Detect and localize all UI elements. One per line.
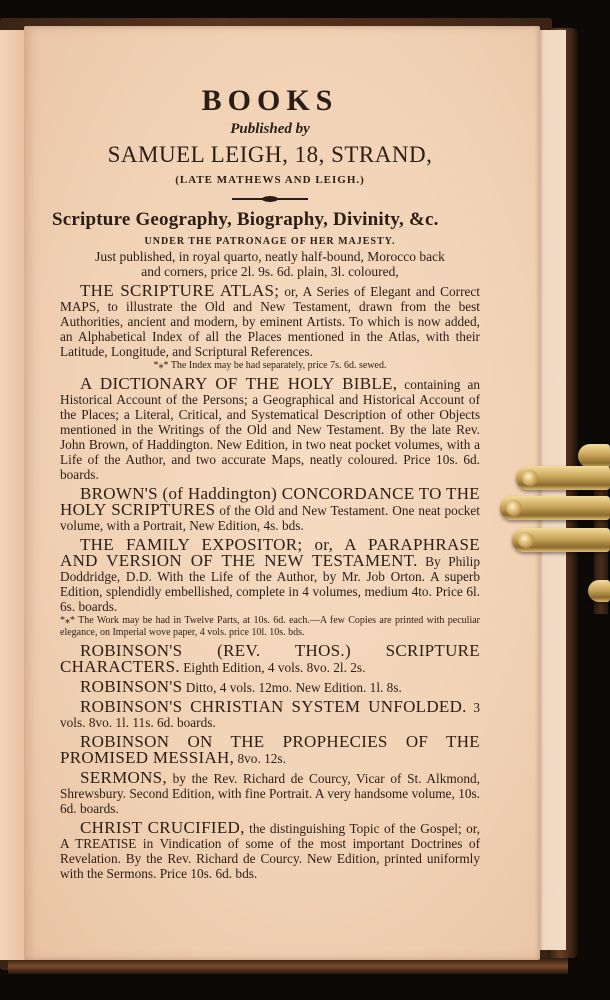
entry-body: Eighth Edition, 4 vols. 8vo. 2l. 2s. [180, 660, 365, 675]
cover-bottom-edge [8, 958, 568, 974]
entry-heading: CHRIST CRUCIFIED, [80, 818, 245, 837]
section-heading: Scripture Geography, Biography, Divinity… [52, 208, 480, 232]
facing-page-edge [0, 30, 26, 960]
book-entry-christian-system: ROBINSON'S CHRISTIAN SYSTEM UNFOLDED. 3 … [60, 699, 480, 730]
ornamental-rule [232, 198, 308, 200]
book-photo: BOOKS Published by SAMUEL LEIGH, 18, STR… [0, 0, 610, 1000]
clasp-finger [500, 496, 610, 520]
book-entry-scripture-atlas: THE SCRIPTURE ATLAS; or, A Series of Ele… [60, 283, 480, 372]
clasp-finger [588, 580, 610, 602]
book-entry-prophecies: ROBINSON ON THE PROPHECIES OF THE PROMIS… [60, 734, 480, 766]
intro-line: Just published, in royal quarto, neatly … [60, 249, 480, 264]
book-entry-scripture-characters: ROBINSON'S (REV. THOS.) SCRIPTURE CHARAC… [60, 643, 480, 675]
clasp-knuckle-icon [522, 470, 538, 486]
clasp-finger [578, 444, 610, 468]
book-entry-robinson-ditto: ROBINSON'S Ditto, 4 vols. 12mo. New Edit… [60, 679, 480, 695]
clasp-knuckle-icon [518, 532, 534, 548]
book-entry-sermons: SERMONS, by the Rev. Richard de Courcy, … [60, 770, 480, 816]
clasp-knuckle-icon [506, 500, 522, 516]
book-entry-concordance: BROWN'S (of Haddington) CONCORDANCE TO T… [60, 486, 480, 533]
entry-note: *⁎* The Index may be had separately, pri… [60, 360, 480, 372]
book-page: BOOKS Published by SAMUEL LEIGH, 18, STR… [24, 26, 540, 960]
publisher-former-name: (LATE MATHEWS AND LEIGH.) [60, 172, 480, 188]
patronage-line: UNDER THE PATRONAGE OF HER MAJESTY. [60, 235, 480, 249]
book-entry-dictionary: A DICTIONARY OF THE HOLY BIBLE, containi… [60, 376, 480, 482]
entry-body: Ditto, 4 vols. 12mo. New Edition. 1l. 8s… [182, 680, 401, 695]
page-title: BOOKS [60, 84, 480, 118]
page-content: BOOKS Published by SAMUEL LEIGH, 18, STR… [60, 84, 480, 881]
entry-heading: SERMONS, [80, 768, 167, 787]
entry-heading: THE SCRIPTURE ATLAS; [80, 281, 279, 300]
intro-line: and corners, price 2l. 9s. 6d. plain, 3l… [60, 264, 480, 279]
publisher-name: SAMUEL LEIGH, 18, STRAND, [60, 140, 480, 170]
entry-heading: A DICTIONARY OF THE HOLY BIBLE, [80, 374, 397, 393]
clasp-finger [516, 466, 610, 490]
book-entry-family-expositor: THE FAMILY EXPOSITOR; or, A PARAPHRASE A… [60, 537, 480, 639]
entry-body: containing an Historical Account of the … [60, 377, 480, 482]
clasp-finger [512, 528, 610, 552]
book-entry-christ-crucified: CHRIST CRUCIFIED, the distinguishing Top… [60, 820, 480, 881]
entry-note: *⁎* The Work may be had in Twelve Parts,… [60, 615, 480, 639]
entry-body: 8vo. 12s. [234, 751, 286, 766]
brass-clasp [498, 444, 610, 614]
entry-heading: ROBINSON'S CHRISTIAN SYSTEM UNFOLDED. [80, 697, 467, 716]
entry-heading: ROBINSON'S [80, 677, 182, 696]
published-by-line: Published by [60, 120, 480, 138]
